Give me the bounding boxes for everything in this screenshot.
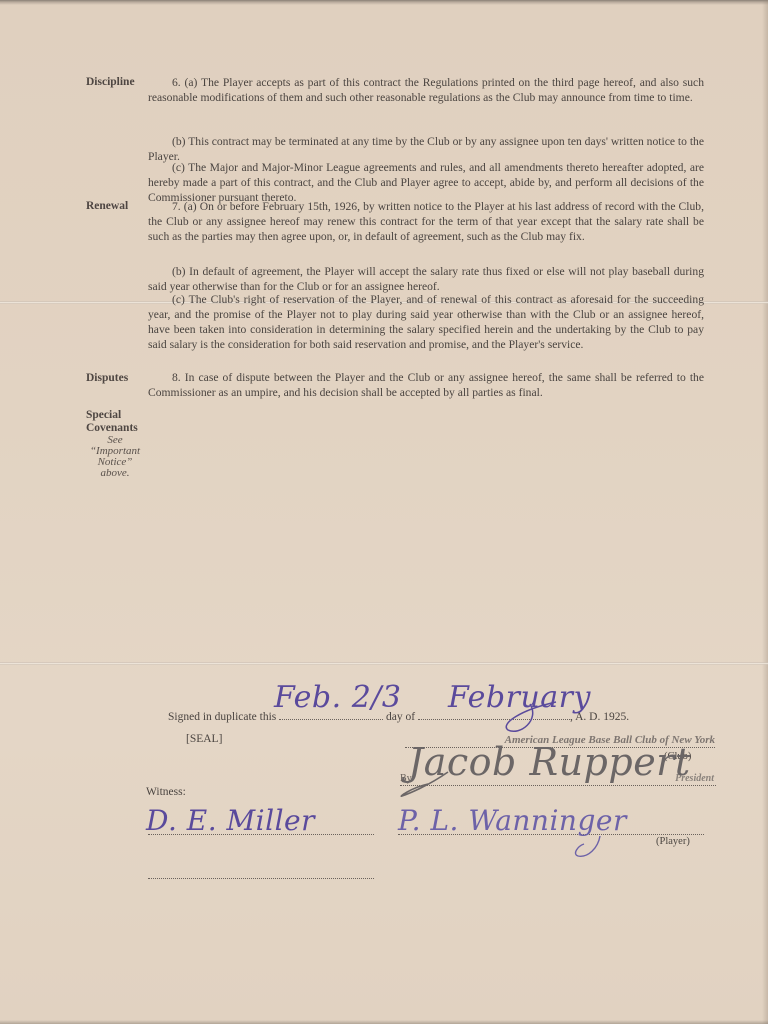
handwritten-day: Feb. 2/3 (274, 680, 402, 715)
section-label-renewal: Renewal (86, 200, 156, 213)
clause-7a: 7. (a) On or before February 15th, 1926,… (148, 199, 704, 244)
clause-7c: (c) The Club's right of reservation of t… (148, 292, 704, 352)
clause-6a: 6. (a) The Player accepts as part of thi… (148, 75, 704, 105)
second-witness-line (148, 868, 374, 879)
section-label-special-covenants: Special Covenants See “Important Notice”… (86, 409, 156, 479)
president-signature-flourish (398, 770, 458, 800)
fold-crease-lower (0, 662, 768, 665)
contract-page: Discipline 6. (a) The Player accepts as … (0, 0, 768, 1024)
player-tag: (Player) (656, 836, 690, 847)
player-signature: P. L. Wanninger (398, 804, 627, 837)
witness-label: Witness: (146, 786, 186, 798)
clause-8: 8. In case of dispute between the Player… (148, 370, 704, 400)
witness-signature: D. E. Miller (146, 804, 315, 837)
seal-label: [SEAL] (186, 733, 222, 745)
section-label-disputes: Disputes (86, 372, 156, 385)
section-label-discipline: Discipline (86, 76, 156, 89)
player-signature-flourish (570, 834, 610, 864)
paper-bottom-edge (0, 1020, 768, 1024)
paper-edge-shadow (762, 0, 768, 1024)
clause-7b: (b) In default of agreement, the Player … (148, 264, 704, 294)
